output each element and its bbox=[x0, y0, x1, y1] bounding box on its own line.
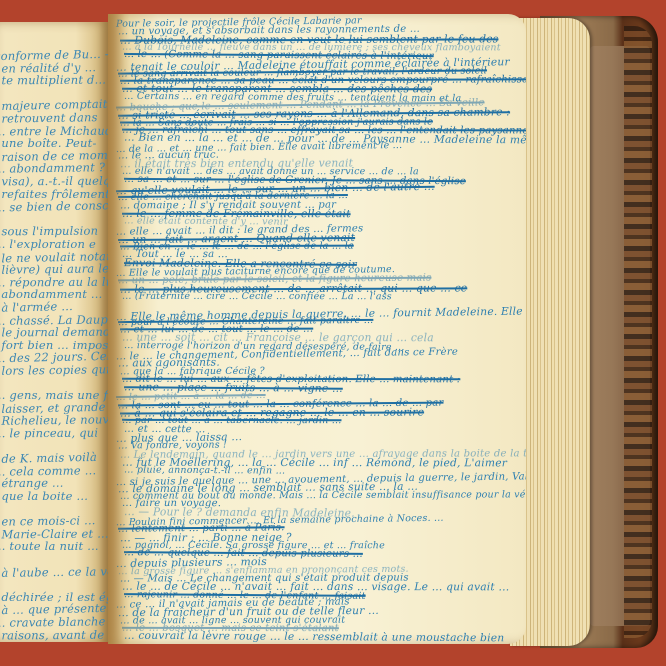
right-page: Pour le soir, le projectile frôle Cécile… bbox=[108, 14, 526, 644]
cover-tooled-border bbox=[624, 26, 652, 638]
handwritten-line: ... te multiplient d... bbox=[0, 75, 106, 87]
page-gutter-shadow bbox=[108, 14, 130, 644]
handwritten-line: ... le pinceau, qui bbox=[0, 428, 98, 440]
handwritten-line: ... toute la nuit ... bbox=[0, 541, 99, 553]
notebook-photo: conforme de Bu... -... en réalité d'y ..… bbox=[0, 0, 666, 666]
handwritten-line: ... que la boite ... bbox=[0, 491, 88, 503]
handwritten-line: ... lors les copies qui lui bbox=[0, 364, 108, 378]
handwritten-line: ... couvrait la lèvre rouge ... le ... r… bbox=[124, 631, 504, 644]
handwritten-line: ... à l'aube ... ce la vérité bbox=[0, 566, 108, 580]
left-page: conforme de Bu... -... en réalité d'y ..… bbox=[0, 22, 108, 642]
handwritten-line: ... (Fraternité ... cire ... Cécile ... … bbox=[122, 292, 392, 302]
handwritten-line: ... se bien de conscrire ... bbox=[0, 200, 108, 215]
